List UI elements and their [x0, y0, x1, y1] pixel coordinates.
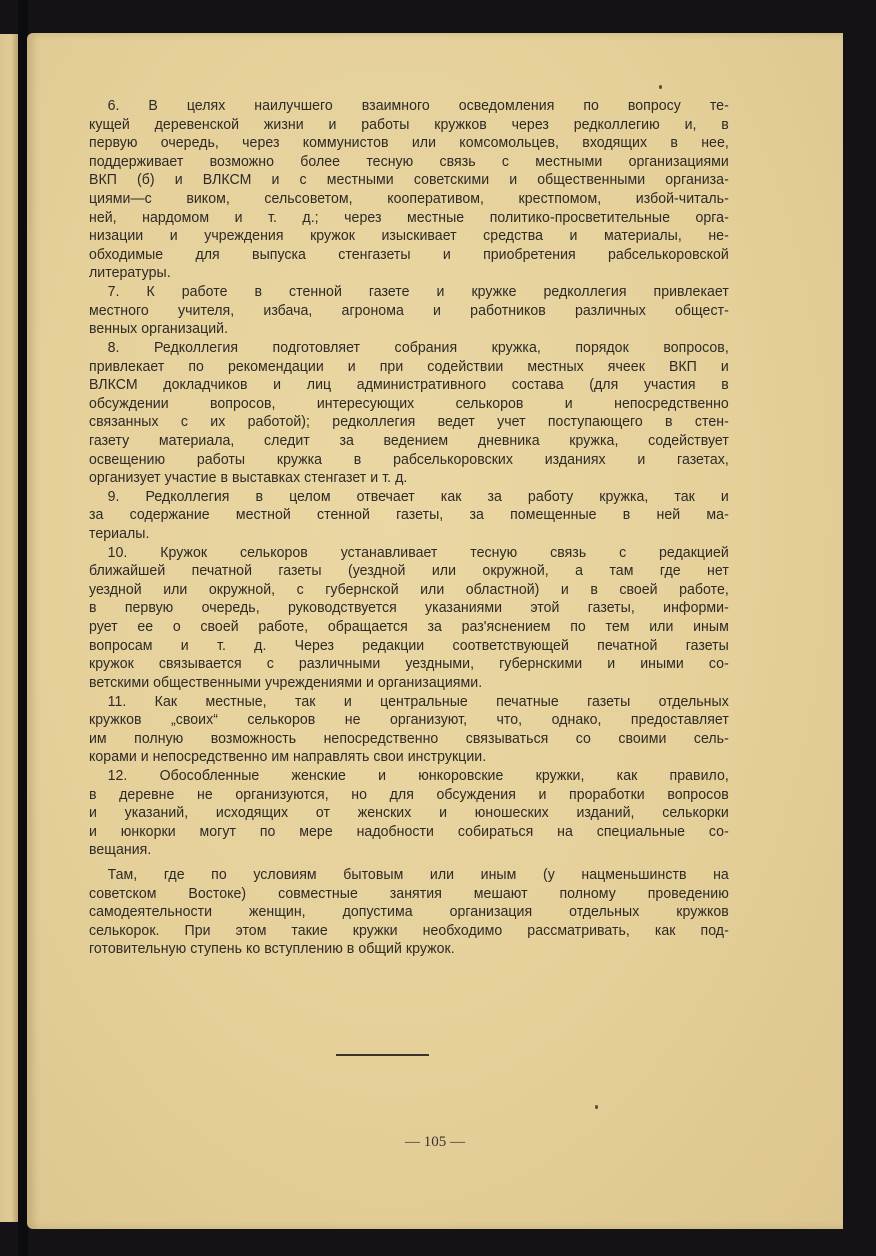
text-line: Там, где по условиям бытовым или иным (у…	[89, 866, 729, 885]
paragraph-10: 10. Кружок селькоров устанавливает тесну…	[89, 544, 729, 693]
paragraph-12: 12. Обособленные женские и юнкоровские к…	[89, 767, 729, 860]
text-line: готовительную ступень ко вступлению в об…	[89, 940, 729, 959]
text-line: циями—с виком, сельсоветом, кооперативом…	[89, 190, 729, 209]
text-line: привлекает по рекомендации и при содейст…	[89, 358, 729, 377]
print-speck	[659, 85, 662, 89]
text-line: советском Востоке) совместные занятия ме…	[89, 885, 729, 904]
text-line: в первую очередь, руководствуется указан…	[89, 599, 729, 618]
text-line: литературы.	[89, 264, 729, 283]
text-line: селькорок. При этом такие кружки необход…	[89, 922, 729, 941]
text-line: вопросам и т. д. Через редакции соответс…	[89, 637, 729, 656]
text-line: 9. Редколлегия в целом отвечает как за р…	[89, 488, 729, 507]
text-line: в деревне не организуются, но для обсужд…	[89, 786, 729, 805]
text-line: освещению работы кружка в рабселькоровск…	[89, 451, 729, 470]
text-line: обсуждении вопросов, интересующих селько…	[89, 395, 729, 414]
text-line: и юнкорки могут по мере надобности собир…	[89, 823, 729, 842]
text-line: самодеятельности женщин, допустима орган…	[89, 903, 729, 922]
text-line: ветскими общественными учреждениями и ор…	[89, 674, 729, 693]
paragraph-7: 7. К работе в стенной газете и кружке ре…	[89, 283, 729, 339]
text-line: первую очередь, через коммунистов или ко…	[89, 134, 729, 153]
paragraph-8: 8. Редколлегия подготовляет собрания кру…	[89, 339, 729, 488]
paragraph-9: 9. Редколлегия в целом отвечает как за р…	[89, 488, 729, 544]
page-number: — 105 —	[27, 1134, 843, 1151]
text-line: 12. Обособленные женские и юнкоровские к…	[89, 767, 729, 786]
text-line: и указаний, исходящих от женских и юноше…	[89, 804, 729, 823]
text-line: уездной или окружной, с губернской или о…	[89, 581, 729, 600]
text-line: рует ее о своей работе, обращается за ра…	[89, 618, 729, 637]
text-line: кущей деревенской жизни и работы кружков…	[89, 116, 729, 135]
paragraph-closing: Там, где по условиям бытовым или иным (у…	[89, 866, 729, 959]
text-line: ней, нардомом и т. д.; через местные пол…	[89, 209, 729, 228]
text-line: венных организаций.	[89, 320, 729, 339]
text-line: ближайшей печатной газеты (уездной или о…	[89, 562, 729, 581]
section-divider	[336, 1054, 429, 1056]
text-line: 8. Редколлегия подготовляет собрания кру…	[89, 339, 729, 358]
text-line: териалы.	[89, 525, 729, 544]
text-line: за содержание местной стенной газеты, за…	[89, 506, 729, 525]
text-line: кружок связывается с различными уездными…	[89, 655, 729, 674]
text-line: ВЛКСМ докладчиков и лиц административног…	[89, 376, 729, 395]
previous-page-edge	[0, 34, 18, 1222]
text-line: газету материала, следит за ведением дне…	[89, 432, 729, 451]
text-line: низации и учреждения кружок изыскивает с…	[89, 227, 729, 246]
document-page: 6. В целях наилучшего взаимного осведомл…	[27, 33, 843, 1229]
text-line: вещания.	[89, 841, 729, 860]
body-text: 6. В целях наилучшего взаимного осведомл…	[89, 97, 684, 959]
paragraph-6: 6. В целях наилучшего взаимного осведомл…	[89, 97, 729, 283]
text-line: местного учителя, избача, агронома и раб…	[89, 302, 729, 321]
text-line: 11. Как местные, так и центральные печат…	[89, 693, 729, 712]
print-speck	[595, 1105, 598, 1109]
text-line: им полную возможность непосредственно св…	[89, 730, 729, 749]
text-line: ВКП (б) и ВЛКСМ и с местными советскими …	[89, 171, 729, 190]
text-line: корами и непосредственно им направлять с…	[89, 748, 729, 767]
paragraph-11: 11. Как местные, так и центральные печат…	[89, 693, 729, 767]
text-line: 10. Кружок селькоров устанавливает тесну…	[89, 544, 729, 563]
text-line: 6. В целях наилучшего взаимного осведомл…	[89, 97, 729, 116]
text-line: обходимые для выпуска стенгазеты и приоб…	[89, 246, 729, 265]
text-line: 7. К работе в стенной газете и кружке ре…	[89, 283, 729, 302]
text-line: организует участие в выставках стенгазет…	[89, 469, 729, 488]
text-line: связанных с их работой); редколлегия вед…	[89, 413, 729, 432]
text-line: поддерживает возможно более тесную связь…	[89, 153, 729, 172]
text-line: кружков „своих“ селькоров не организуют,…	[89, 711, 729, 730]
